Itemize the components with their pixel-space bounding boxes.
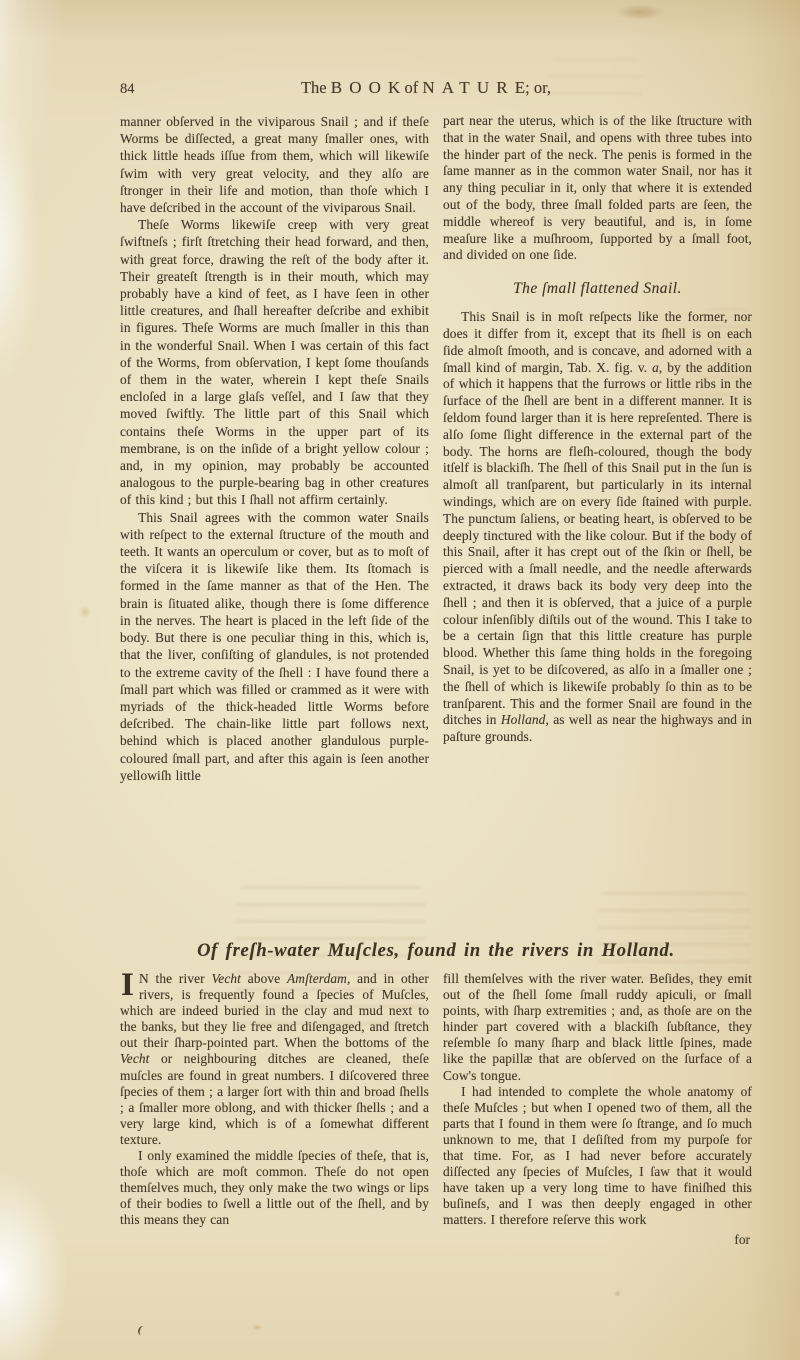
running-title-book: BOOK <box>331 78 408 97</box>
paragraph: I only examined the middle ſpecies of th… <box>120 1148 429 1228</box>
stain <box>252 1324 262 1331</box>
bottom-right-column: fill themſelves with the river water. Be… <box>443 971 752 1301</box>
top-left-column: manner obſerved in the viviparous Snail … <box>120 113 429 895</box>
running-title-of: of <box>404 78 418 97</box>
top-section: manner obſerved in the viviparous Snail … <box>120 113 752 895</box>
paragraph: This Snail agrees with the common water … <box>120 509 429 784</box>
running-head: 84 The BOOK of NATURE; or, <box>120 78 752 102</box>
subsection-heading: The ſmall flattened Snail. <box>443 280 752 298</box>
paragraph: I had intended to complete the whole ana… <box>443 1084 752 1229</box>
section-heading: Of freſh-water Muſcles, found in the riv… <box>120 941 752 962</box>
paragraph: part near the uterus, which is of the li… <box>443 113 752 264</box>
bottom-left-column: IN the river Vecht above Amſterdam, and … <box>120 971 429 1301</box>
paragraph: fill themſelves with the river water. Be… <box>443 971 752 1084</box>
running-title-tail: ; or, <box>525 78 551 97</box>
running-title-the: The <box>301 78 327 97</box>
paragraph: manner obſerved in the viviparous Snail … <box>120 113 429 216</box>
book-page-scan: 84 The BOOK of NATURE; or, manner obſerv… <box>0 0 800 1360</box>
bottom-section: IN the river Vecht above Amſterdam, and … <box>120 971 752 1301</box>
catchword: for <box>443 1232 752 1248</box>
drop-cap: I <box>121 972 134 1001</box>
page-number: 84 <box>120 81 135 98</box>
paragraph: Theſe Worms likewiſe creep with very gre… <box>120 216 429 508</box>
running-title-nature: NATURE <box>422 78 532 97</box>
paragraph: IN the river Vecht above Amſterdam, and … <box>120 971 429 1148</box>
paragraph: This Snail is in moſt reſpects like the … <box>443 309 752 746</box>
top-right-column: part near the uterus, which is of the li… <box>443 113 752 895</box>
stain <box>78 606 92 618</box>
running-title: The BOOK of NATURE; or, <box>190 78 662 98</box>
paragraph-text: N the river Vecht above Amſterdam, and i… <box>120 971 429 1147</box>
ink-mark <box>137 1325 148 1337</box>
